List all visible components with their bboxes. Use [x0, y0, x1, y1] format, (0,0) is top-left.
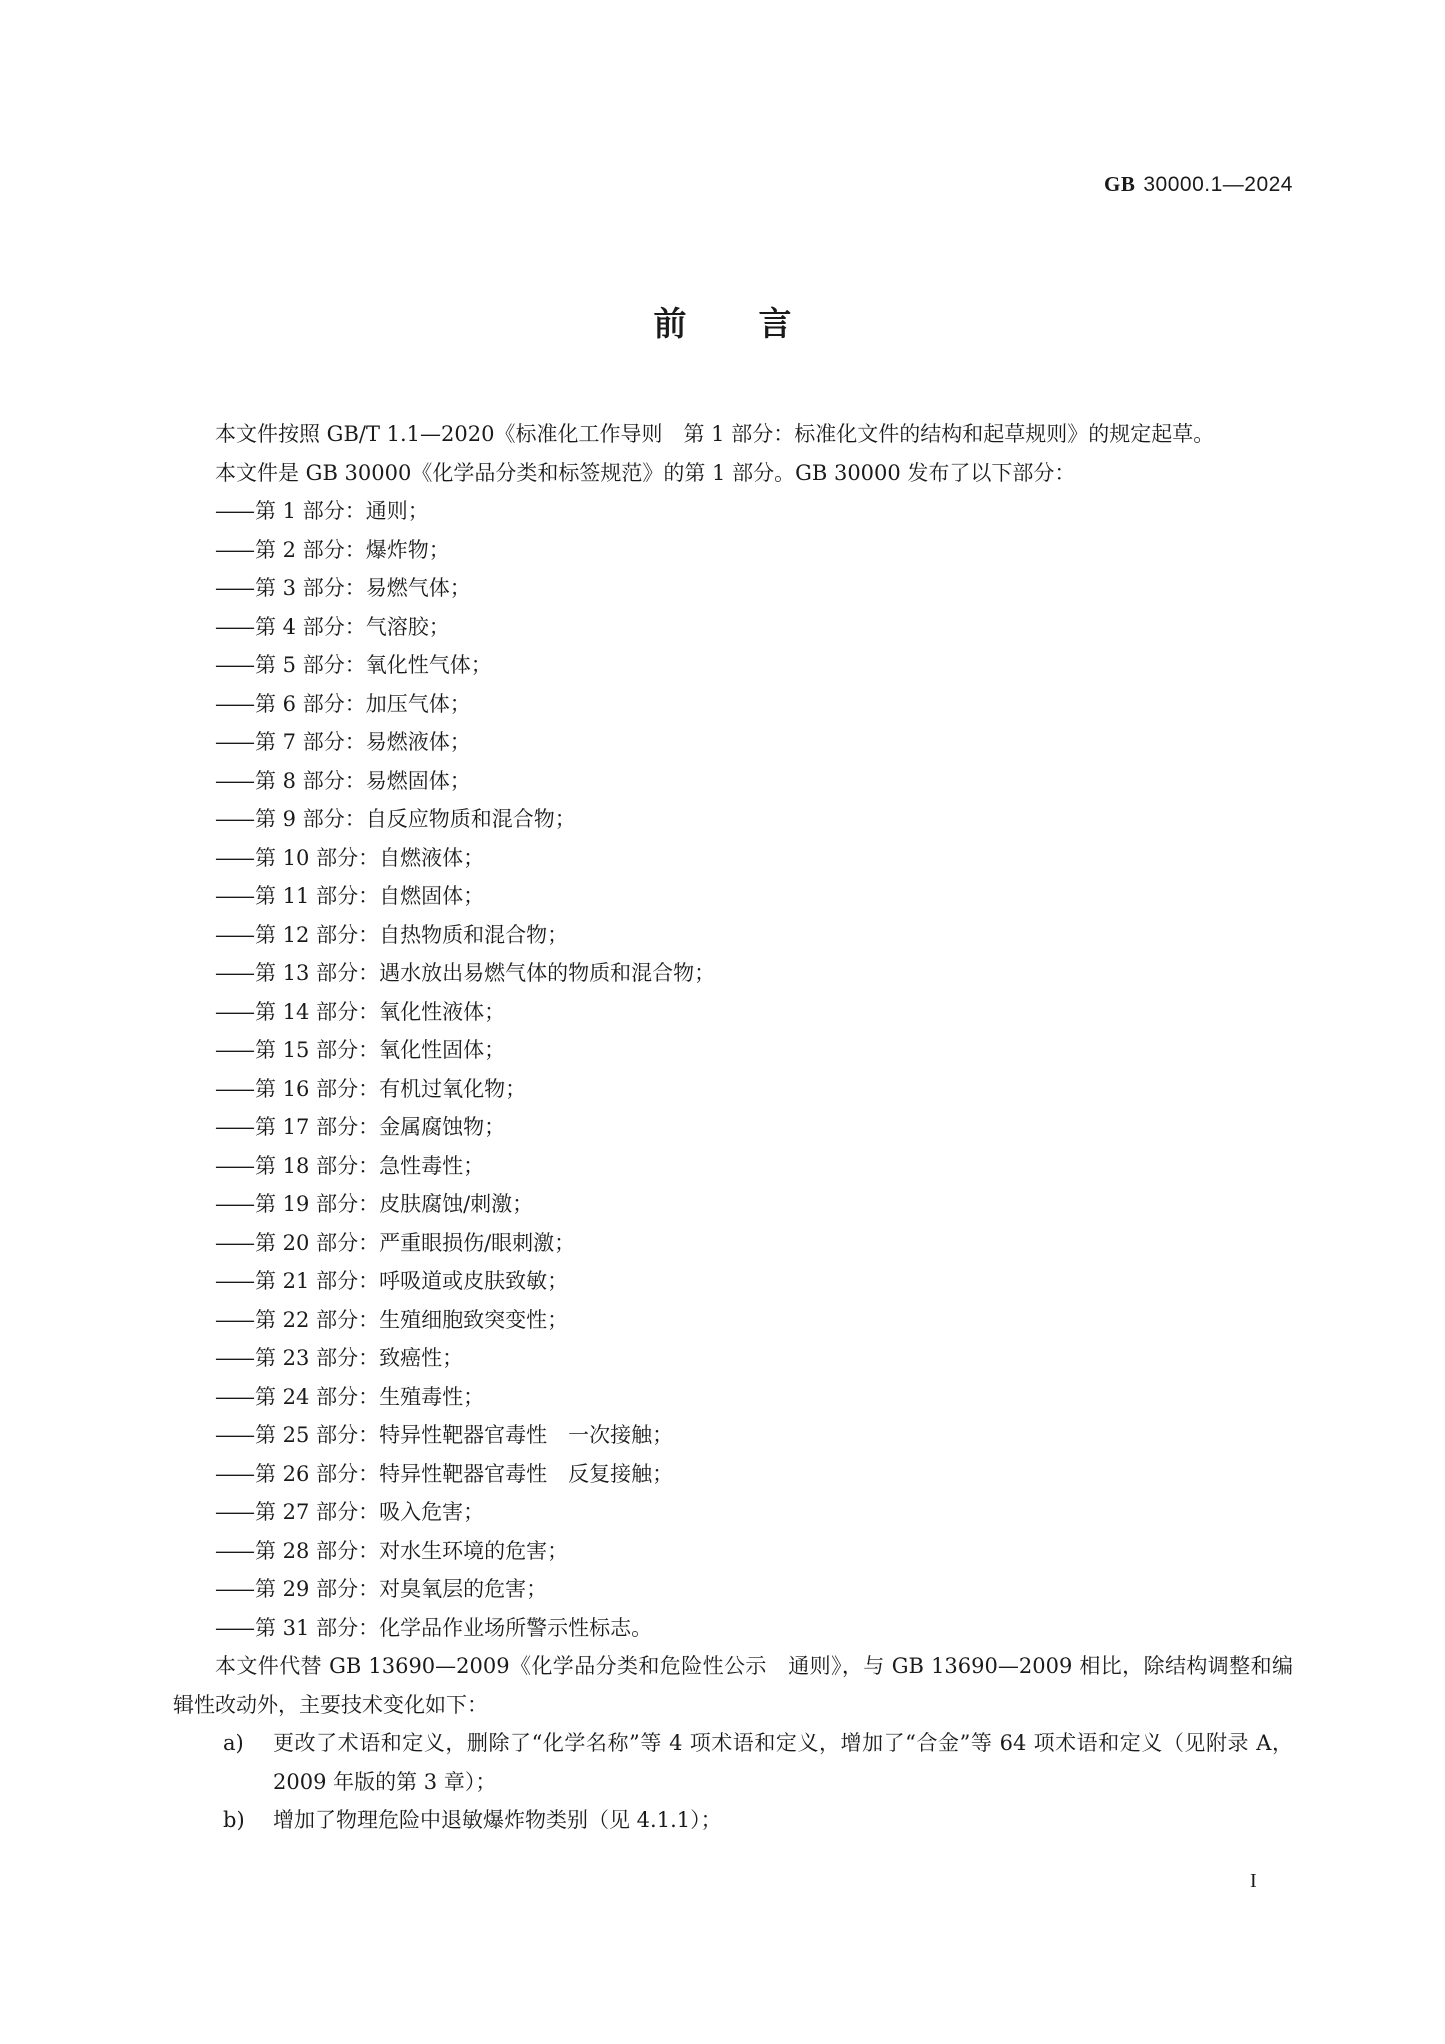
- dash-marker: ——: [215, 923, 253, 947]
- list-item-text: 第 23 部分：致癌性；: [255, 1346, 463, 1370]
- list-item-text: 第 10 部分：自燃液体；: [255, 846, 484, 870]
- list-item: ——第 1 部分：通则；: [173, 492, 1293, 531]
- standard-code: 30000.1—2024: [1143, 173, 1293, 196]
- dash-marker: ——: [215, 730, 253, 754]
- dash-marker: ——: [215, 769, 253, 793]
- list-item: ——第 3 部分：易燃气体；: [173, 569, 1293, 608]
- list-item: ——第 7 部分：易燃液体；: [173, 723, 1293, 762]
- list-item-text: 第 3 部分：易燃气体；: [255, 576, 471, 600]
- list-item: ——第 25 部分：特异性靶器官毒性 一次接触；: [173, 1416, 1293, 1455]
- dash-marker: ——: [215, 1577, 253, 1601]
- dash-marker: ——: [215, 1500, 253, 1524]
- list-item: ——第 29 部分：对臭氧层的危害；: [173, 1570, 1293, 1609]
- dash-marker: ——: [215, 615, 253, 639]
- list-item-text: 第 27 部分：吸入危害；: [255, 1500, 484, 1524]
- list-item-text: 第 8 部分：易燃固体；: [255, 769, 471, 793]
- change-marker: b): [223, 1801, 273, 1840]
- list-item-text: 第 13 部分：遇水放出易燃气体的物质和混合物；: [255, 961, 715, 985]
- dash-marker: ——: [215, 1000, 253, 1024]
- dash-marker: ——: [215, 807, 253, 831]
- list-item: ——第 4 部分：气溶胶；: [173, 608, 1293, 647]
- dash-marker: ——: [215, 846, 253, 870]
- list-item-text: 第 18 部分：急性毒性；: [255, 1154, 484, 1178]
- dash-marker: ——: [215, 499, 253, 523]
- dash-marker: ——: [215, 1192, 253, 1216]
- change-text: 增加了物理危险中退敏爆炸物类别（见 4.1.1）；: [273, 1801, 1293, 1840]
- title-char-2: 言: [759, 304, 792, 343]
- list-item: ——第 28 部分：对水生环境的危害；: [173, 1532, 1293, 1571]
- list-item-text: 第 16 部分：有机过氧化物；: [255, 1077, 526, 1101]
- list-item-text: 第 19 部分：皮肤腐蚀/刺激；: [255, 1192, 533, 1216]
- list-item: ——第 23 部分：致癌性；: [173, 1339, 1293, 1378]
- list-item: ——第 6 部分：加压气体；: [173, 685, 1293, 724]
- list-item: ——第 5 部分：氧化性气体；: [173, 646, 1293, 685]
- list-item-text: 第 28 部分：对水生环境的危害；: [255, 1539, 568, 1563]
- dash-marker: ——: [215, 576, 253, 600]
- list-item-text: 第 24 部分：生殖毒性；: [255, 1385, 484, 1409]
- list-item: ——第 2 部分：爆炸物；: [173, 531, 1293, 570]
- dash-marker: ——: [215, 1308, 253, 1332]
- list-item-text: 第 2 部分：爆炸物；: [255, 538, 450, 562]
- list-item: ——第 18 部分：急性毒性；: [173, 1147, 1293, 1186]
- change-text: 更改了术语和定义，删除了“化学名称”等 4 项术语和定义，增加了“合金”等 64…: [273, 1724, 1293, 1801]
- list-item: ——第 16 部分：有机过氧化物；: [173, 1070, 1293, 1109]
- dash-marker: ——: [215, 1154, 253, 1178]
- change-item: b)增加了物理危险中退敏爆炸物类别（见 4.1.1）；: [173, 1801, 1293, 1840]
- list-item: ——第 20 部分：严重眼损伤/眼刺激；: [173, 1224, 1293, 1263]
- list-item: ——第 26 部分：特异性靶器官毒性 反复接触；: [173, 1455, 1293, 1494]
- list-item: ——第 8 部分：易燃固体；: [173, 762, 1293, 801]
- dash-marker: ——: [215, 1077, 253, 1101]
- parts-list: ——第 1 部分：通则；——第 2 部分：爆炸物；——第 3 部分：易燃气体；—…: [173, 492, 1293, 1647]
- list-item: ——第 21 部分：呼吸道或皮肤致敏；: [173, 1262, 1293, 1301]
- list-item-text: 第 4 部分：气溶胶；: [255, 615, 450, 639]
- dash-marker: ——: [215, 653, 253, 677]
- dash-marker: ——: [215, 1269, 253, 1293]
- list-item: ——第 9 部分：自反应物质和混合物；: [173, 800, 1293, 839]
- dash-marker: ——: [215, 1346, 253, 1370]
- list-item-text: 第 7 部分：易燃液体；: [255, 730, 471, 754]
- list-item: ——第 17 部分：金属腐蚀物；: [173, 1108, 1293, 1147]
- standard-number: GB30000.1—2024: [1104, 172, 1293, 197]
- list-item: ——第 24 部分：生殖毒性；: [173, 1378, 1293, 1417]
- dash-marker: ——: [215, 538, 253, 562]
- list-item-text: 第 6 部分：加压气体；: [255, 692, 471, 716]
- list-item-text: 第 17 部分：金属腐蚀物；: [255, 1115, 505, 1139]
- dash-marker: ——: [215, 961, 253, 985]
- title-char-1: 前: [654, 304, 687, 343]
- list-item-text: 第 15 部分：氧化性固体；: [255, 1038, 505, 1062]
- paragraph-replacement: 本文件代替 GB 13690—2009《化学品分类和危险性公示 通则》，与 GB…: [173, 1647, 1293, 1724]
- list-item-text: 第 25 部分：特异性靶器官毒性 一次接触；: [255, 1423, 673, 1447]
- list-item-text: 第 12 部分：自热物质和混合物；: [255, 923, 568, 947]
- dash-marker: ——: [215, 692, 253, 716]
- list-item-text: 第 1 部分：通则；: [255, 499, 429, 523]
- dash-marker: ——: [215, 884, 253, 908]
- paragraph-drafting-rules: 本文件按照 GB/T 1.1—2020《标准化工作导则 第 1 部分：标准化文件…: [173, 415, 1293, 454]
- changes-list: a)更改了术语和定义，删除了“化学名称”等 4 项术语和定义，增加了“合金”等 …: [173, 1724, 1293, 1840]
- list-item-text: 第 20 部分：严重眼损伤/眼刺激；: [255, 1231, 575, 1255]
- dash-marker: ——: [215, 1539, 253, 1563]
- paragraph-parts-intro: 本文件是 GB 30000《化学品分类和标签规范》的第 1 部分。GB 3000…: [173, 454, 1293, 493]
- dash-marker: ——: [215, 1616, 253, 1640]
- dash-marker: ——: [215, 1038, 253, 1062]
- change-item: a)更改了术语和定义，删除了“化学名称”等 4 项术语和定义，增加了“合金”等 …: [173, 1724, 1293, 1801]
- list-item-text: 第 11 部分：自燃固体；: [255, 884, 484, 908]
- dash-marker: ——: [215, 1385, 253, 1409]
- list-item: ——第 14 部分：氧化性液体；: [173, 993, 1293, 1032]
- change-marker: a): [223, 1724, 273, 1801]
- dash-marker: ——: [215, 1462, 253, 1486]
- list-item-text: 第 21 部分：呼吸道或皮肤致敏；: [255, 1269, 568, 1293]
- page-number: I: [1250, 1870, 1257, 1893]
- list-item-text: 第 22 部分：生殖细胞致突变性；: [255, 1308, 568, 1332]
- list-item: ——第 15 部分：氧化性固体；: [173, 1031, 1293, 1070]
- list-item: ——第 12 部分：自热物质和混合物；: [173, 916, 1293, 955]
- list-item-text: 第 31 部分：化学品作业场所警示性标志。: [255, 1616, 652, 1640]
- foreword-body: 本文件按照 GB/T 1.1—2020《标准化工作导则 第 1 部分：标准化文件…: [173, 415, 1293, 1840]
- dash-marker: ——: [215, 1231, 253, 1255]
- standard-prefix: GB: [1104, 172, 1135, 196]
- page-title: 前言: [0, 298, 1445, 345]
- list-item: ——第 27 部分：吸入危害；: [173, 1493, 1293, 1532]
- list-item: ——第 13 部分：遇水放出易燃气体的物质和混合物；: [173, 954, 1293, 993]
- list-item: ——第 31 部分：化学品作业场所警示性标志。: [173, 1609, 1293, 1648]
- list-item-text: 第 9 部分：自反应物质和混合物；: [255, 807, 576, 831]
- list-item: ——第 22 部分：生殖细胞致突变性；: [173, 1301, 1293, 1340]
- list-item-text: 第 29 部分：对臭氧层的危害；: [255, 1577, 547, 1601]
- list-item-text: 第 5 部分：氧化性气体；: [255, 653, 492, 677]
- list-item: ——第 11 部分：自燃固体；: [173, 877, 1293, 916]
- list-item: ——第 10 部分：自燃液体；: [173, 839, 1293, 878]
- list-item-text: 第 14 部分：氧化性液体；: [255, 1000, 505, 1024]
- dash-marker: ——: [215, 1423, 253, 1447]
- dash-marker: ——: [215, 1115, 253, 1139]
- list-item: ——第 19 部分：皮肤腐蚀/刺激；: [173, 1185, 1293, 1224]
- list-item-text: 第 26 部分：特异性靶器官毒性 反复接触；: [255, 1462, 673, 1486]
